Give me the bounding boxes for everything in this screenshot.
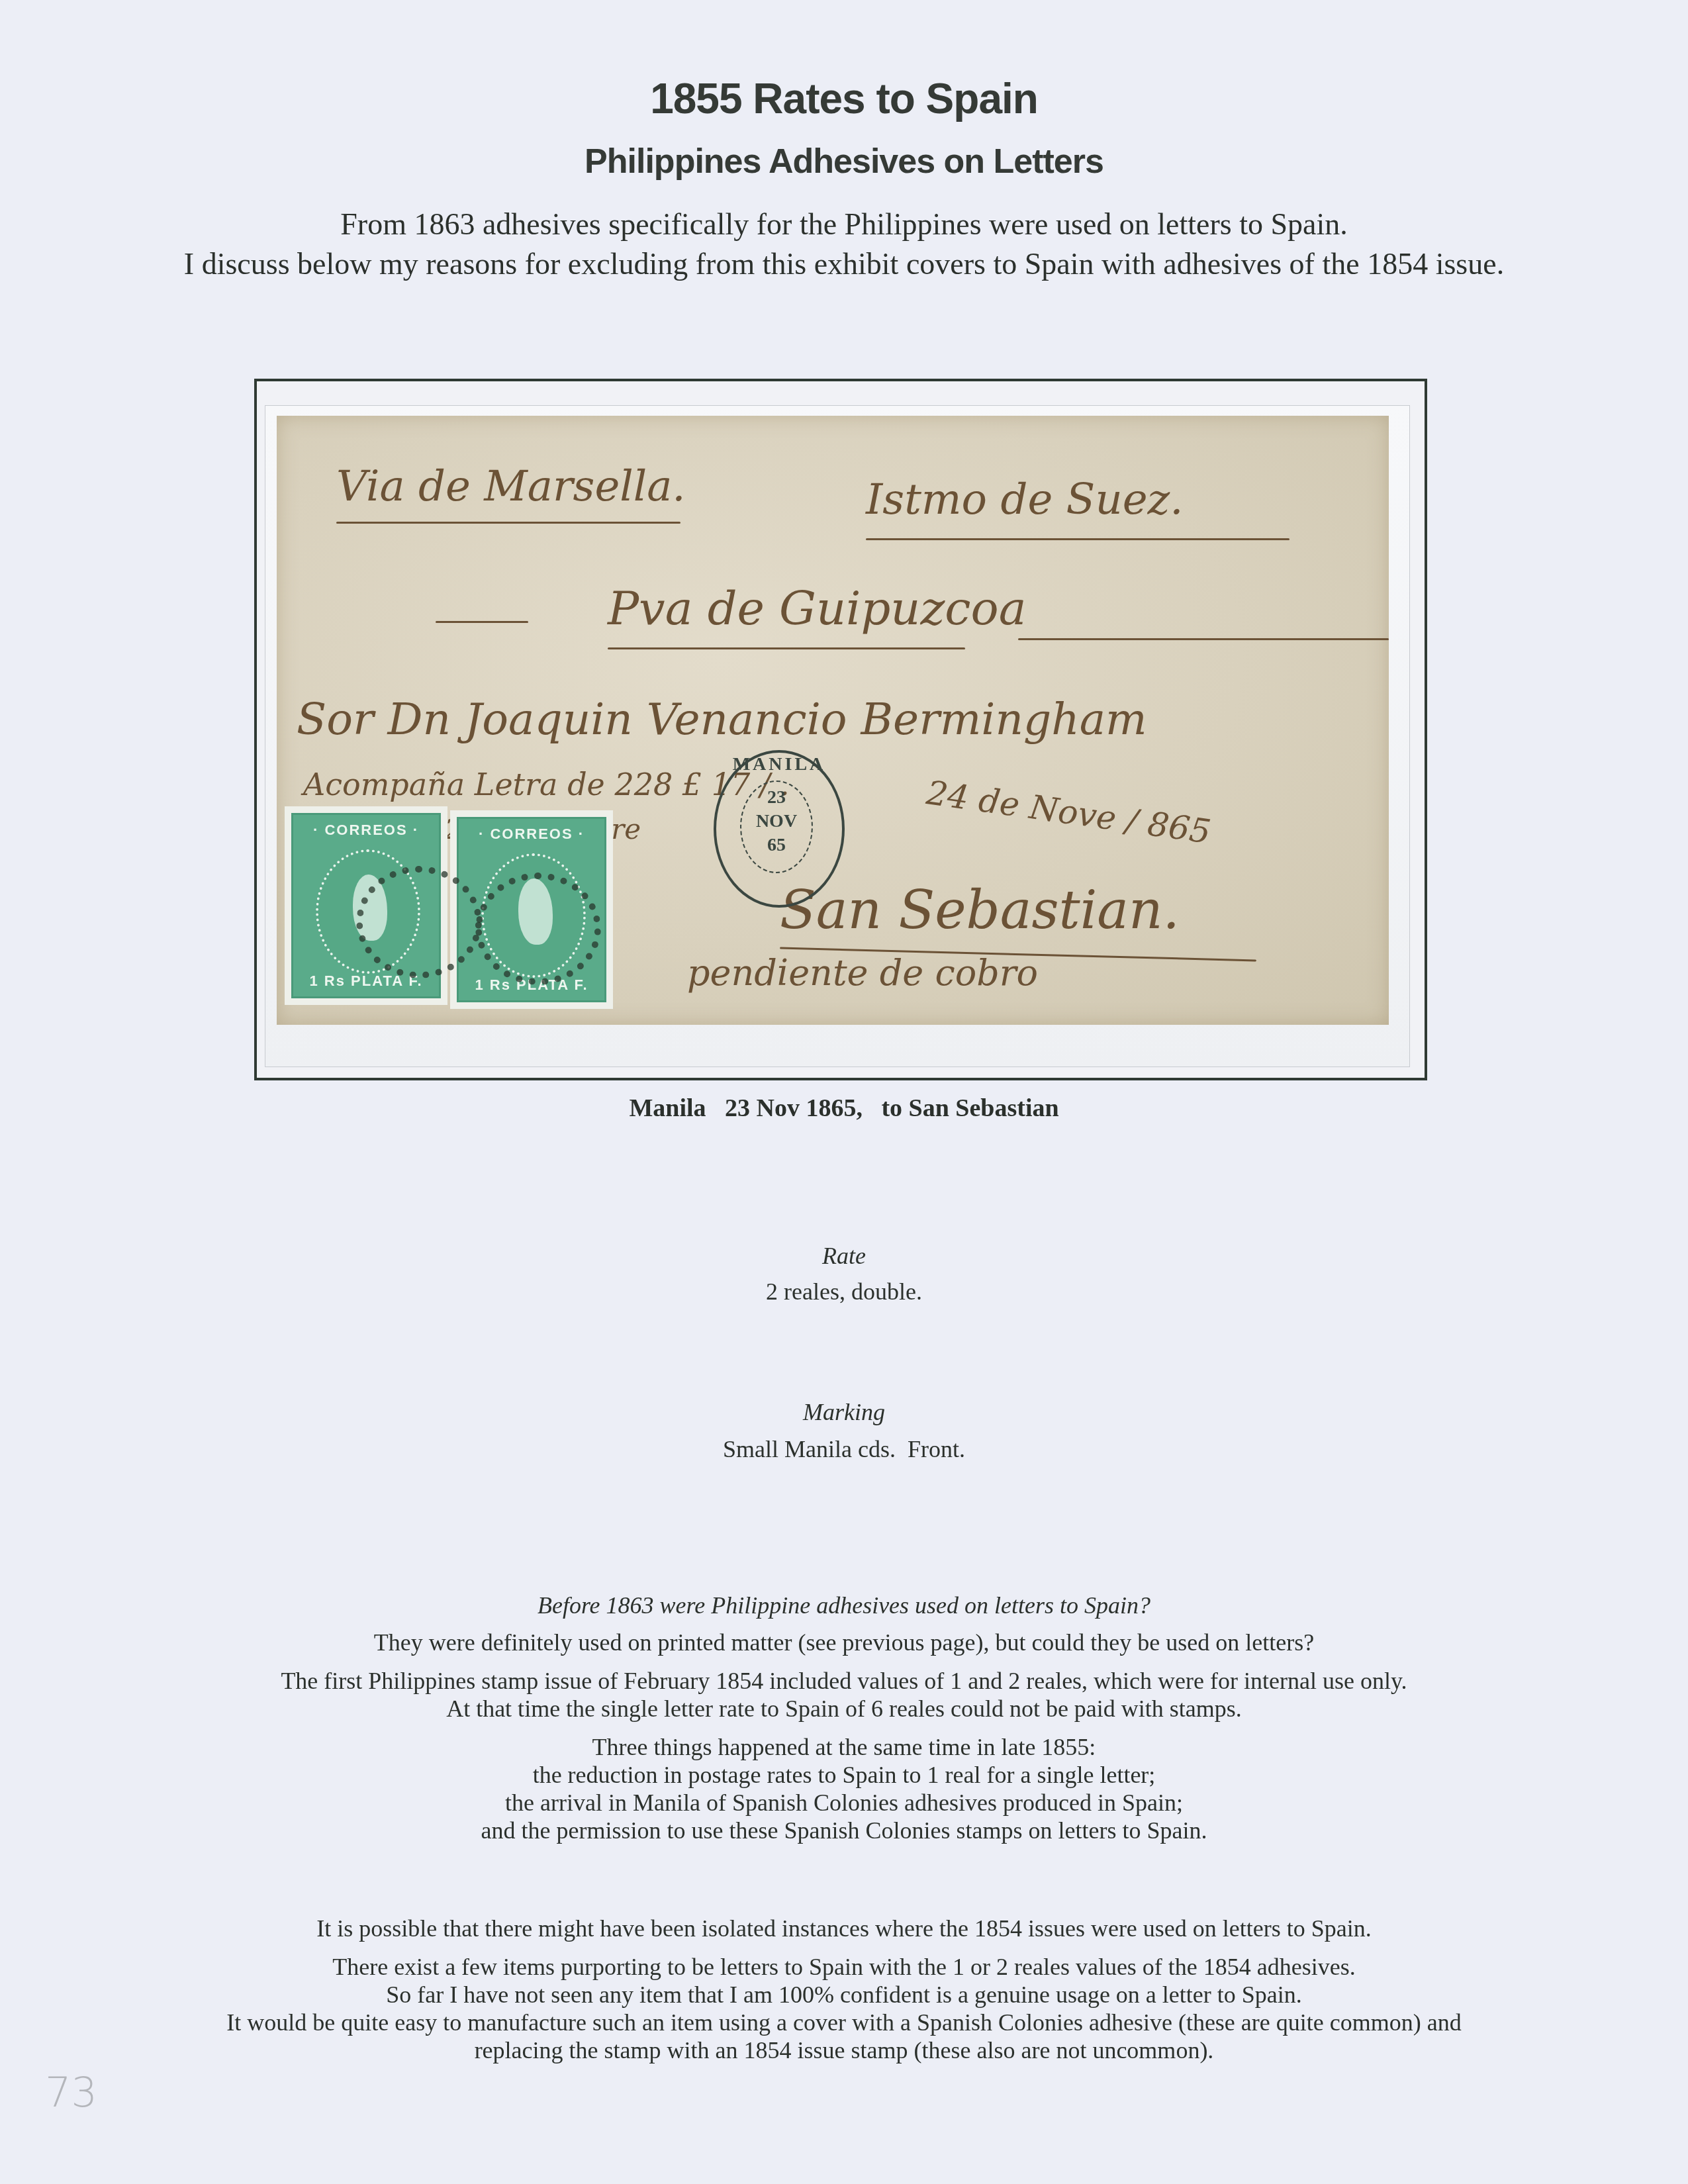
manuscript-route-1: Via de Marsella. bbox=[336, 462, 686, 511]
marking-value: Small Manila cds. Front. bbox=[0, 1435, 1688, 1463]
postmark-month: NOV bbox=[741, 810, 812, 833]
manila-cds-postmark: MANILA 23 NOV 65 bbox=[714, 750, 845, 908]
cover-envelope-image: Via de Marsella. Istmo de Suez. Pva de G… bbox=[277, 416, 1389, 1025]
underline bbox=[866, 538, 1289, 540]
text-line: The first Philippines stamp issue of Feb… bbox=[0, 1667, 1688, 1695]
page-title: 1855 Rates to Spain bbox=[0, 74, 1688, 123]
cover-caption: Manila 23 Nov 1865, to San Sebastian bbox=[0, 1094, 1688, 1123]
text-line: Three things happened at the same time i… bbox=[0, 1733, 1688, 1761]
text-line: the reduction in postage rates to Spain … bbox=[0, 1761, 1688, 1789]
text-line: replacing the stamp with an 1854 issue s… bbox=[0, 2036, 1688, 2064]
text-line: There exist a few items purporting to be… bbox=[0, 1953, 1688, 1981]
manuscript-route-2: Istmo de Suez. bbox=[866, 475, 1184, 524]
manuscript-province: Pva de Guipuzcoa bbox=[608, 581, 1026, 636]
postmark-date: 23 NOV 65 bbox=[740, 781, 813, 873]
rate-label: Rate bbox=[0, 1242, 1688, 1270]
flourish bbox=[1018, 638, 1389, 640]
intro-line: I discuss below my reasons for excluding… bbox=[0, 246, 1688, 281]
conclusion-section: It is possible that there might have bee… bbox=[0, 1915, 1688, 2075]
text-line: So far I have not seen any item that I a… bbox=[0, 1981, 1688, 2009]
cover-frame: Via de Marsella. Istmo de Suez. Pva de G… bbox=[254, 379, 1427, 1080]
intro-line: From 1863 adhesives specifically for the… bbox=[0, 207, 1688, 242]
manuscript-endorsement: pendiente de cobro bbox=[687, 952, 1038, 994]
text-line: They were definitely used on printed mat… bbox=[0, 1629, 1688, 1656]
manuscript-destination: San Sebastian. bbox=[780, 879, 1180, 941]
stamp-inscription-top: · CORREOS · bbox=[293, 819, 439, 841]
cancel-mark bbox=[356, 866, 482, 978]
conclusion-paragraph: There exist a few items purporting to be… bbox=[0, 1953, 1688, 2064]
postmark-day: 23 bbox=[741, 786, 812, 810]
discussion-heading: Before 1863 were Philippine adhesives us… bbox=[0, 1591, 1688, 1619]
page-subtitle: Philippines Adhesives on Letters bbox=[0, 142, 1688, 181]
discussion-paragraph: Three things happened at the same time i… bbox=[0, 1733, 1688, 1844]
cancel-mark bbox=[475, 873, 601, 985]
underline bbox=[608, 647, 965, 649]
text-line: the arrival in Manila of Spanish Colonie… bbox=[0, 1789, 1688, 1817]
text-line: It is possible that there might have bee… bbox=[0, 1915, 1688, 1942]
text-line: and the permission to use these Spanish … bbox=[0, 1817, 1688, 1844]
postmark-year: 65 bbox=[741, 833, 812, 857]
discussion-paragraph: The first Philippines stamp issue of Feb… bbox=[0, 1667, 1688, 1723]
handwritten-page-number: 73 bbox=[45, 2068, 97, 2116]
manuscript-date-note: 24 de Nove / 865 bbox=[924, 773, 1213, 851]
manuscript-addressee: Sor Dn Joaquin Venancio Bermingham bbox=[297, 694, 1147, 745]
text-line: It would be quite easy to manufacture su… bbox=[0, 2009, 1688, 2036]
flourish bbox=[436, 621, 528, 623]
conclusion-paragraph: It is possible that there might have bee… bbox=[0, 1915, 1688, 1942]
marking-label: Marking bbox=[0, 1398, 1688, 1426]
rate-value: 2 reales, double. bbox=[0, 1278, 1688, 1306]
text-line: At that time the single letter rate to S… bbox=[0, 1695, 1688, 1723]
discussion-paragraph: They were definitely used on printed mat… bbox=[0, 1629, 1688, 1656]
stamp-inscription-top: · CORREOS · bbox=[459, 823, 604, 845]
discussion-section: Before 1863 were Philippine adhesives us… bbox=[0, 1591, 1688, 1855]
postmark-town: MANILA bbox=[716, 754, 842, 775]
underline bbox=[336, 522, 680, 524]
